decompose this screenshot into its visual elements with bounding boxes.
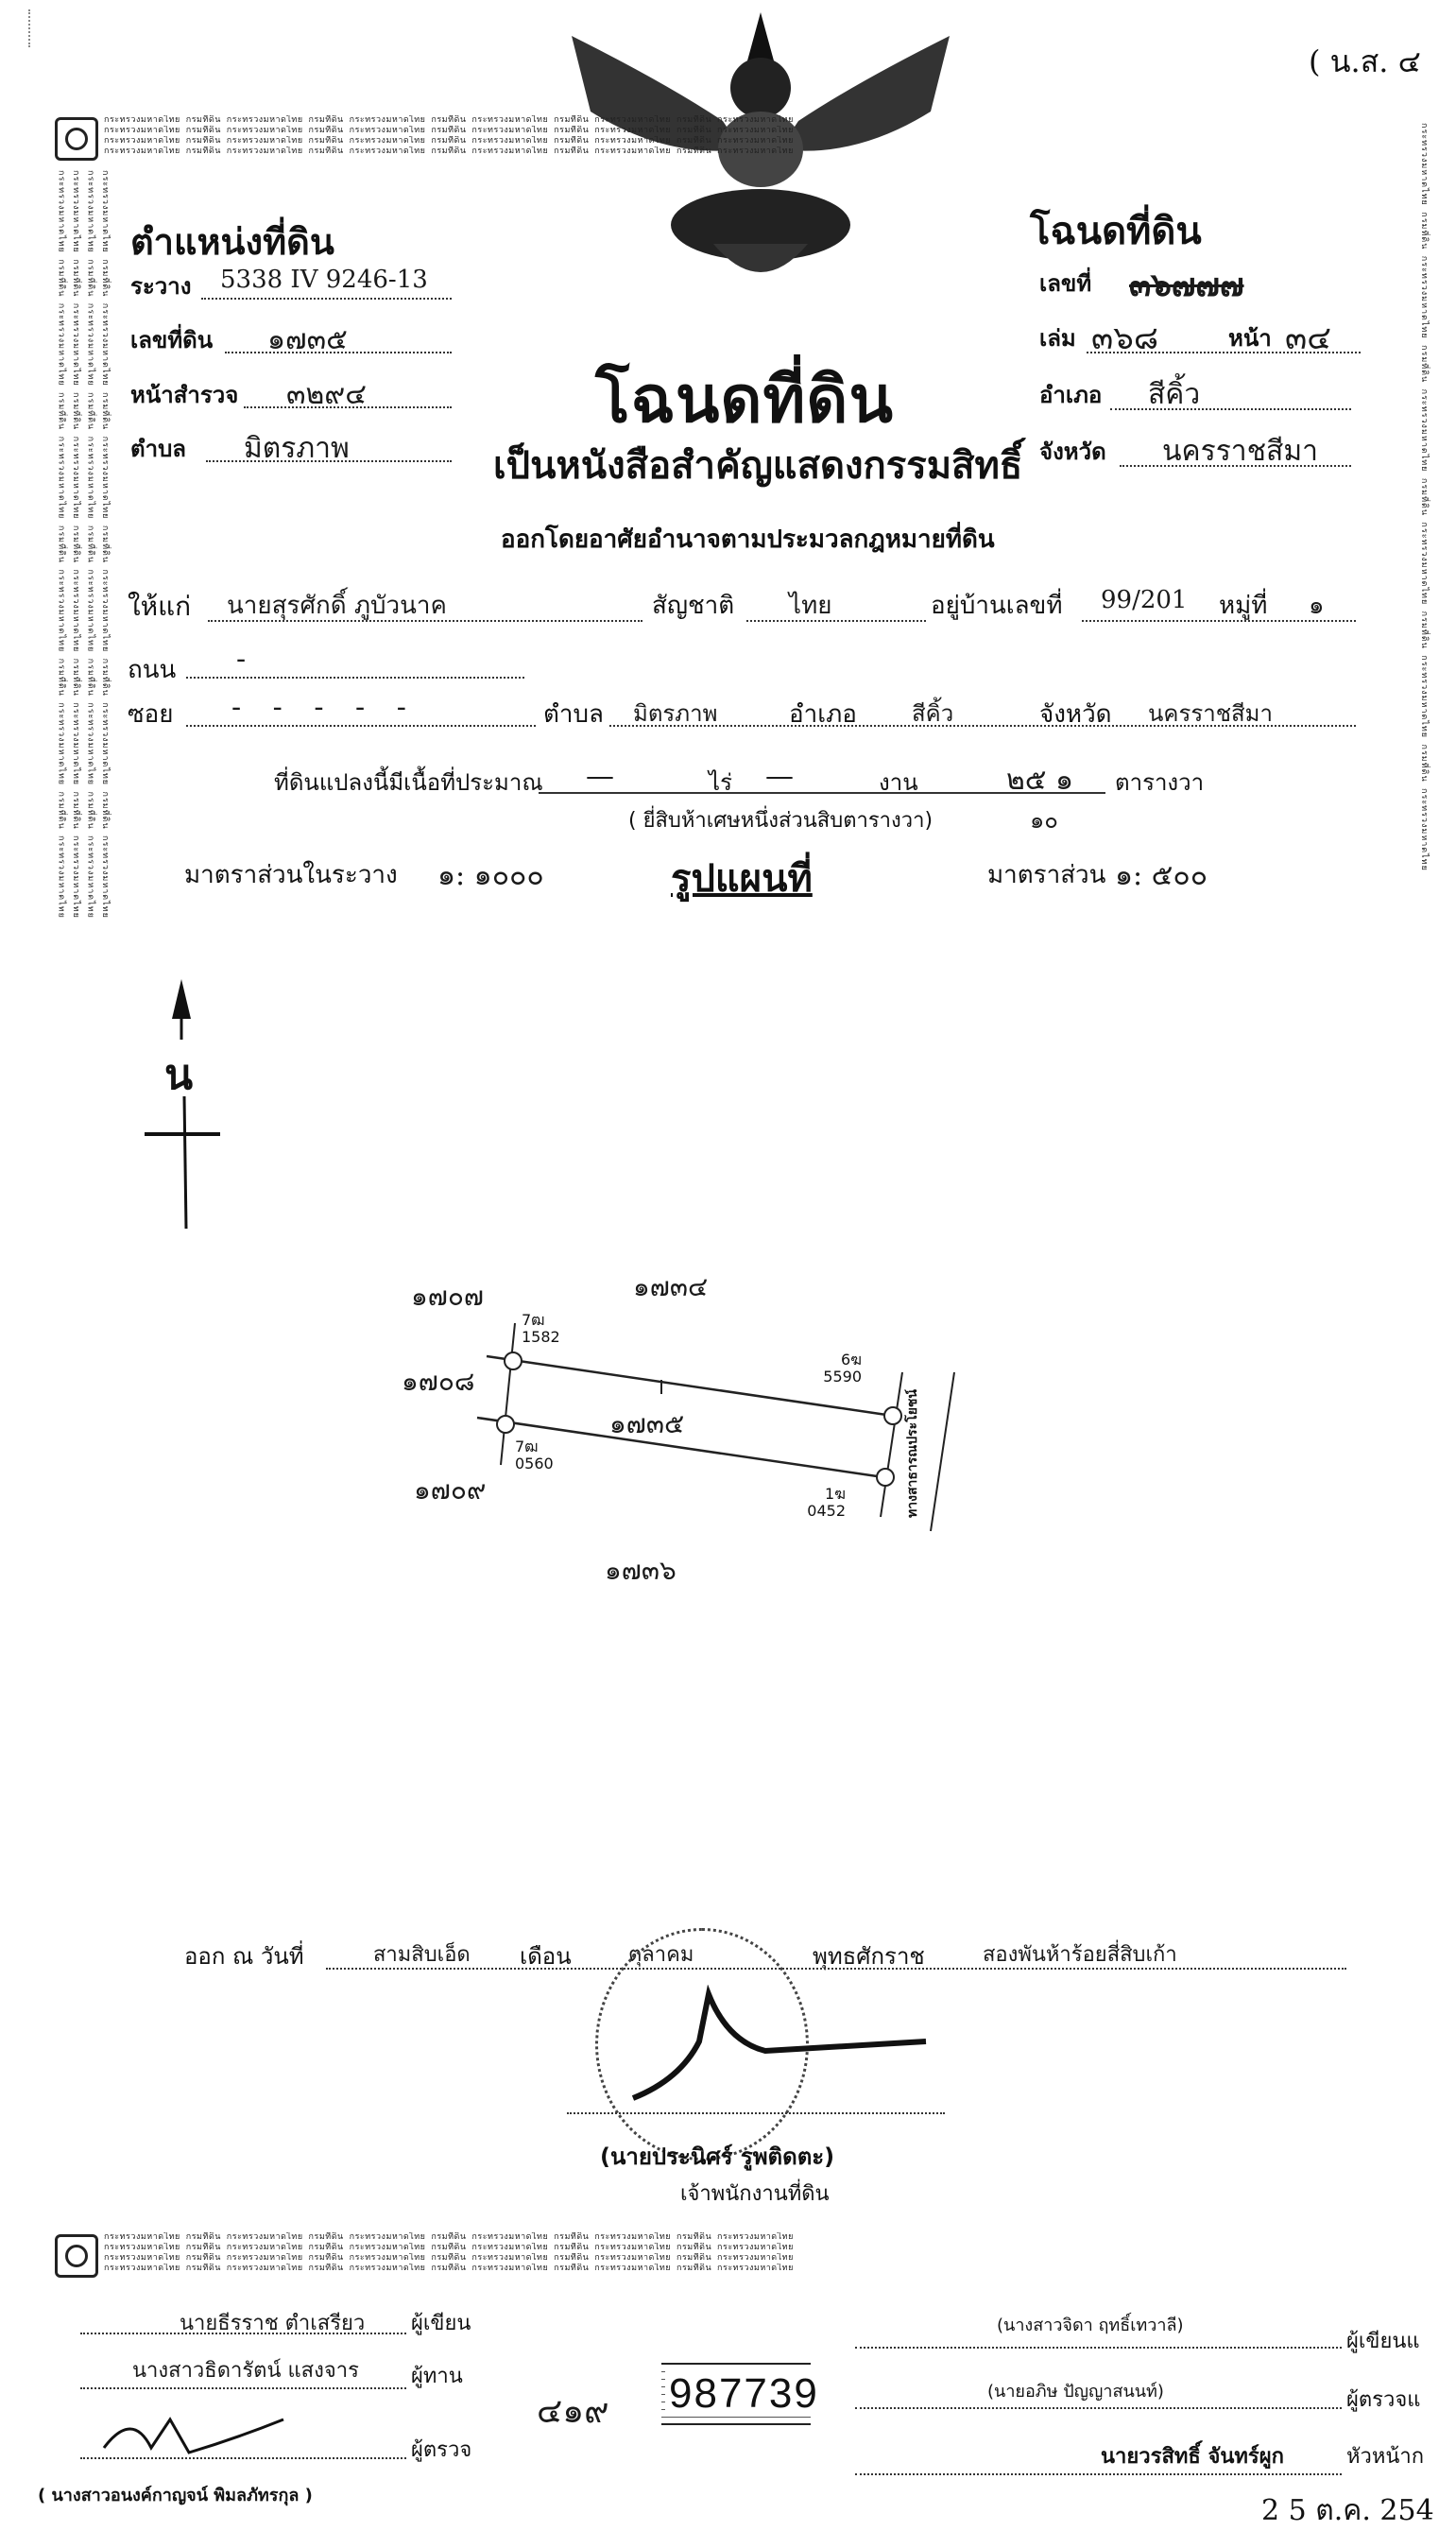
marker-4: 1ฆ 0452 <box>713 1486 846 1520</box>
left-footer-note: ( นางสาวอนงค์กาญจน์ พิมลภัทรกุล ) <box>38 2481 313 2508</box>
right-microprint-border: กระทรวงมหาดไทย กรมที่ดิน กระทรวงมหาดไทย … <box>1417 123 1430 2230</box>
marker-1: 7ฒ 1582 <box>522 1312 560 1346</box>
house-no-value: 99/201 <box>1101 586 1187 614</box>
signatory-checker: ผู้ตรวจ <box>38 2410 444 2467</box>
soi-value: - - - - - <box>231 691 418 724</box>
field-province: จังหวัด นครราชสีมา <box>1039 433 1351 471</box>
left-signatories: นายธีรราช ตำเสรียว ผู้เขียน นางสาวธิดารั… <box>38 2306 444 2523</box>
form-code: ( น.ส. ๔ <box>1309 38 1421 86</box>
parcel-label: ๑๗๓๕ <box>609 1403 684 1445</box>
wa-fraction: ๑๐ <box>1030 801 1058 838</box>
area-note: ( ยี่สิบห้าเศษหนึ่งส่วนสิบตารางวา) <box>628 803 933 836</box>
field-rawang: ระวาง 5338 IV 9246-13 <box>130 267 452 301</box>
volume-value: ๓๖๘ <box>1091 312 1158 363</box>
scale-row: มาตราส่วนในระวาง ๑: ๑๐๐๐ รูปแผนที่ มาตรา… <box>184 855 1299 903</box>
field-volume: เล่ม ๓๖๘ หน้า ๓๔ <box>1039 319 1361 357</box>
area-line: ที่ดินแปลงนี้มีเนื้อที่ประมาณ — ไร่ — งา… <box>274 764 1228 801</box>
tambon-value: มิตรภาพ <box>244 426 350 471</box>
neighbor-top: ๑๗๓๔ <box>633 1266 708 1308</box>
official-title: เจ้าพนักงานที่ดิน <box>680 2177 830 2210</box>
field-land-no: เลขที่ดิน ๑๗๓๕ <box>130 321 452 355</box>
north-arrow-icon: น <box>142 973 227 1229</box>
neighbor-bottom: ๑๗๓๖ <box>605 1550 677 1592</box>
page-value: ๓๔ <box>1285 312 1331 363</box>
map-section-title: รูปแผนที่ <box>671 848 813 908</box>
ornament-icon <box>55 117 98 161</box>
map-scale: ๑: ๕๐๐ <box>1115 853 1208 898</box>
issue-day: สามสิบเอ็ด <box>373 1937 471 1971</box>
road-value: - <box>236 643 246 676</box>
north-label: น <box>164 1042 193 1108</box>
official-signature <box>605 1985 945 2108</box>
land-position-heading: ตำแหน่งที่ดิน <box>130 213 334 270</box>
ornament-icon <box>55 2234 98 2278</box>
marker-3: 7ฒ 0560 <box>515 1438 554 1472</box>
moo-value: ๑ <box>1309 586 1325 625</box>
rawang-value: 5338 IV 9246-13 <box>220 266 428 294</box>
road-label: ทางสาธารณประโยชน์ <box>902 1389 923 1518</box>
parcel-map: ๑๗๐๗ ๑๗๓๔ ๑๗๐๘ ๑๗๐๙ ๑๗๓๖ ๑๗๓๕ 7ฒ 1582 6ฆ… <box>378 1229 1039 1607</box>
land-position-section: ตำแหน่งที่ดิน <box>130 213 334 270</box>
right-date: 2 5 ต.ค. 254 <box>1261 2488 1434 2531</box>
signatory-reviewer: นางสาวธิดารัตน์ แสงจาร ผู้ทาน <box>38 2353 444 2401</box>
deed-heading: โฉนดที่ดิน <box>1030 200 1202 261</box>
field-deed-no: เลขที่ ๓๖๗๗๗ <box>1039 265 1351 302</box>
archive-stamp-mark <box>28 9 68 47</box>
neighbor-top-left: ๑๗๐๗ <box>411 1276 484 1317</box>
page-number: ๔๑๙ <box>537 2384 608 2437</box>
field-survey-page: หน้าสำรวจ ๓๒๙๔ <box>130 376 452 410</box>
ngan-value: — <box>765 760 794 793</box>
neighbor-bottom-left: ๑๗๐๙ <box>414 1470 486 1511</box>
subtitle: เป็นหนังสือสำคัญแสดงกรรมสิทธิ์ <box>493 435 1022 495</box>
left-microprint-border: กระทรวงมหาดไทย กรมที่ดิน กระทรวงมหาดไทย … <box>55 170 111 2221</box>
field-amphoe: อำเภอ สีคิ้ว <box>1039 376 1351 414</box>
neighbor-left: ๑๗๐๘ <box>402 1361 475 1403</box>
address-line: ซอย - - - - - ตำบล มิตรภาพ อำเภอ สีคิ้ว … <box>128 695 1356 732</box>
nationality-value: ไทย <box>789 586 831 625</box>
right-signatory-1: (นางสาวจิดา ฤทธิ์เทวาลี) ผู้เขียนแ <box>855 2311 1456 2358</box>
right-signatory-2: (นายอภิษ ปัญญาสนนท์) ผู้ตรวจแ <box>855 2377 1456 2424</box>
rai-value: — <box>586 760 614 793</box>
marker-2: 6ฆ 5590 <box>729 1352 862 1386</box>
owner-line: ให้แก่ นายสุรศักดิ์ ภูบัวนาค สัญชาติ ไทย… <box>128 586 1356 628</box>
top-microprint-band: กระทรวงมหาดไทย กรมที่ดิน กระทรวงมหาดไทย … <box>55 115 1406 163</box>
deed-no-value: ๓๖๗๗๗ <box>1129 259 1244 310</box>
wa-value: ๒๕ ๑ <box>1006 758 1073 802</box>
road-line: ถนน - <box>128 650 524 682</box>
survey-page-value: ๓๒๙๔ <box>286 372 367 417</box>
bottom-microprint-band: กระทรวงมหาดไทย กรมที่ดิน กระทรวงมหาดไทย … <box>55 2232 1406 2280</box>
owner-name: นายสุรศักดิ์ ภูบัวนาค <box>227 586 447 625</box>
right-signatories: (นางสาวจิดา ฤทธิ์เทวาลี) ผู้เขียนแ (นายอ… <box>855 2311 1456 2528</box>
map-sheet-scale: ๑: ๑๐๐๐ <box>437 853 544 898</box>
official-name: (นายประนิศร์ รูพติดตะ) <box>600 2138 834 2175</box>
right-signatory-3: นายวรสิทธิ์ จันทร์ผูก หัวหน้าก <box>855 2434 1456 2481</box>
signatory-writer: นายธีรราช ตำเสรียว ผู้เขียน <box>38 2306 444 2353</box>
field-tambon: ตำบล มิตรภาพ <box>130 430 452 464</box>
issue-year: สองพันห้าร้อยสี่สิบเก้า <box>983 1937 1177 1971</box>
serial-number-box: 987739 <box>661 2363 811 2425</box>
serial-number: 987739 <box>665 2370 823 2417</box>
authority-line: ออกโดยอาศัยอำนาจตามประมวลกฎหมายที่ดิน <box>501 520 995 559</box>
land-no-value: ๑๗๓๕ <box>267 318 348 362</box>
